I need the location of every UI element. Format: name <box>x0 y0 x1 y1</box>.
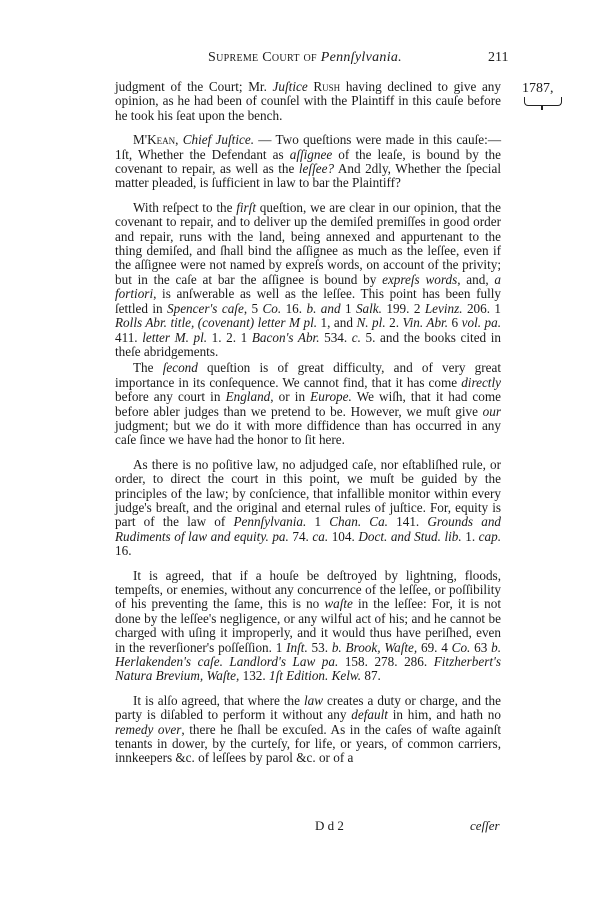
italic-text: N. pl. <box>356 315 385 330</box>
text: 2. <box>386 315 403 330</box>
italic-text: Vin. Abr. <box>403 315 449 330</box>
italic-text: Pennſylvania. <box>233 514 306 529</box>
text: 16. <box>281 301 306 316</box>
text: 16. <box>115 543 131 558</box>
italic-text: remedy over <box>115 722 181 737</box>
text: 87. <box>361 668 381 683</box>
italic-text: Co. <box>263 301 282 316</box>
italic-text: ca. <box>312 529 328 544</box>
italic-text: our <box>483 404 501 419</box>
justice-name: M'Kean, <box>133 132 178 147</box>
paragraph-first-question: With reſpect to the firſt queſtion, we a… <box>115 201 501 359</box>
text: before any court in <box>115 389 226 404</box>
text: , or in <box>270 389 310 404</box>
italic-text: waſte <box>324 596 353 611</box>
paragraph-house-destroyed: It is agreed, that if a houſe be deſtroy… <box>115 569 501 684</box>
text: 158. 278. 286. <box>338 654 433 669</box>
italic-text: vol. pa. <box>462 315 501 330</box>
italic-text: Inſt. <box>286 640 308 655</box>
paragraph-continuation: judgment of the Court; Mr. Juſtice Rush … <box>115 80 501 123</box>
text: 104. <box>328 529 358 544</box>
italic-text: directly <box>461 375 501 390</box>
text: 74. <box>289 529 313 544</box>
italic-text: law <box>304 693 323 708</box>
italic-text: c. <box>352 330 361 345</box>
paragraph-second-question: The ſecond queſtion is of great difficul… <box>115 361 501 447</box>
text: in him, and hath no <box>388 707 501 722</box>
italic-text: Bacon's Abr. <box>252 330 320 345</box>
italic-text: firſt <box>236 200 256 215</box>
text: 1 <box>341 301 356 316</box>
page-number: 211 <box>488 50 508 66</box>
italic-text: Rolls Abr. title, (covenant) letter M pl… <box>115 315 317 330</box>
paragraph-opinion-intro: M'Kean, Chief Juſtice. — Two queſtions w… <box>115 133 501 191</box>
text: 141. <box>388 514 427 529</box>
italic-text: Doct. and Stud. lib. <box>358 529 461 544</box>
text: It is alſo agreed, that where the <box>133 693 304 708</box>
margin-year-note: 1787, <box>522 81 554 97</box>
italic-text: default <box>351 707 388 722</box>
document-page: Supreme Court of Pennſylvania. 211 1787,… <box>0 0 600 903</box>
italic-text: cap. <box>479 529 501 544</box>
italic-text: Salk. <box>356 301 382 316</box>
text: With reſpect to the <box>133 200 236 215</box>
italic-text: ſecond <box>163 360 198 375</box>
text: judgment; but we do it with more diffide… <box>115 418 501 447</box>
text: , and, <box>457 272 494 287</box>
paragraph-duty-or-charge: It is alſo agreed, that where the law cr… <box>115 694 501 766</box>
text: The <box>133 360 163 375</box>
italic-text: letter M. pl. <box>142 330 207 345</box>
italic-text: expreſs words <box>382 272 457 287</box>
italic-text: aſſignee <box>290 147 332 162</box>
margin-brace-icon <box>524 97 562 106</box>
italic-text: England <box>226 389 271 404</box>
text: 199. 2 <box>382 301 425 316</box>
italic-text: Juſtice <box>273 79 308 94</box>
italic-text: Levinz. <box>425 301 463 316</box>
italic-text: Chief Juſtice. <box>178 132 254 147</box>
text: 1. <box>462 529 479 544</box>
italic-text: Chan. Ca. <box>329 514 388 529</box>
text: 1. 2. 1 <box>207 330 252 345</box>
italic-text: 1ſt Edition. Kelw. <box>269 668 361 683</box>
italic-text: Co. <box>452 640 471 655</box>
running-head-text: Supreme Court of <box>208 50 321 65</box>
italic-text: Spencer's caſe <box>167 301 244 316</box>
running-head: Supreme Court of Pennſylvania. <box>140 50 470 66</box>
paragraph-no-positive-law: As there is no poſitive law, no adjudged… <box>115 458 501 559</box>
italic-text: b. and <box>306 301 340 316</box>
italic-text: b. Brook, Waſte, <box>332 640 417 655</box>
text: 63 <box>470 640 491 655</box>
text: 411. <box>115 330 142 345</box>
text: 206. 1 <box>463 301 501 316</box>
body-text: judgment of the Court; Mr. Juſtice Rush … <box>115 80 501 766</box>
text: 1, and <box>317 315 356 330</box>
text: , 5 <box>244 301 263 316</box>
text: judgment of the Court; Mr. <box>115 79 273 94</box>
justice-name: Rush <box>313 79 340 94</box>
text: 53. <box>308 640 332 655</box>
text: 132. <box>239 668 269 683</box>
running-head-italic: Pennſylvania. <box>321 50 402 65</box>
text: 6 <box>448 315 462 330</box>
catchword: ceſſer <box>470 818 500 834</box>
text: 534. <box>320 330 352 345</box>
text: 69. 4 <box>417 640 451 655</box>
signature-mark: D d 2 <box>315 818 344 834</box>
italic-text: leſſee? <box>299 161 334 176</box>
text: 1 <box>306 514 329 529</box>
italic-text: Europe. <box>310 389 352 404</box>
